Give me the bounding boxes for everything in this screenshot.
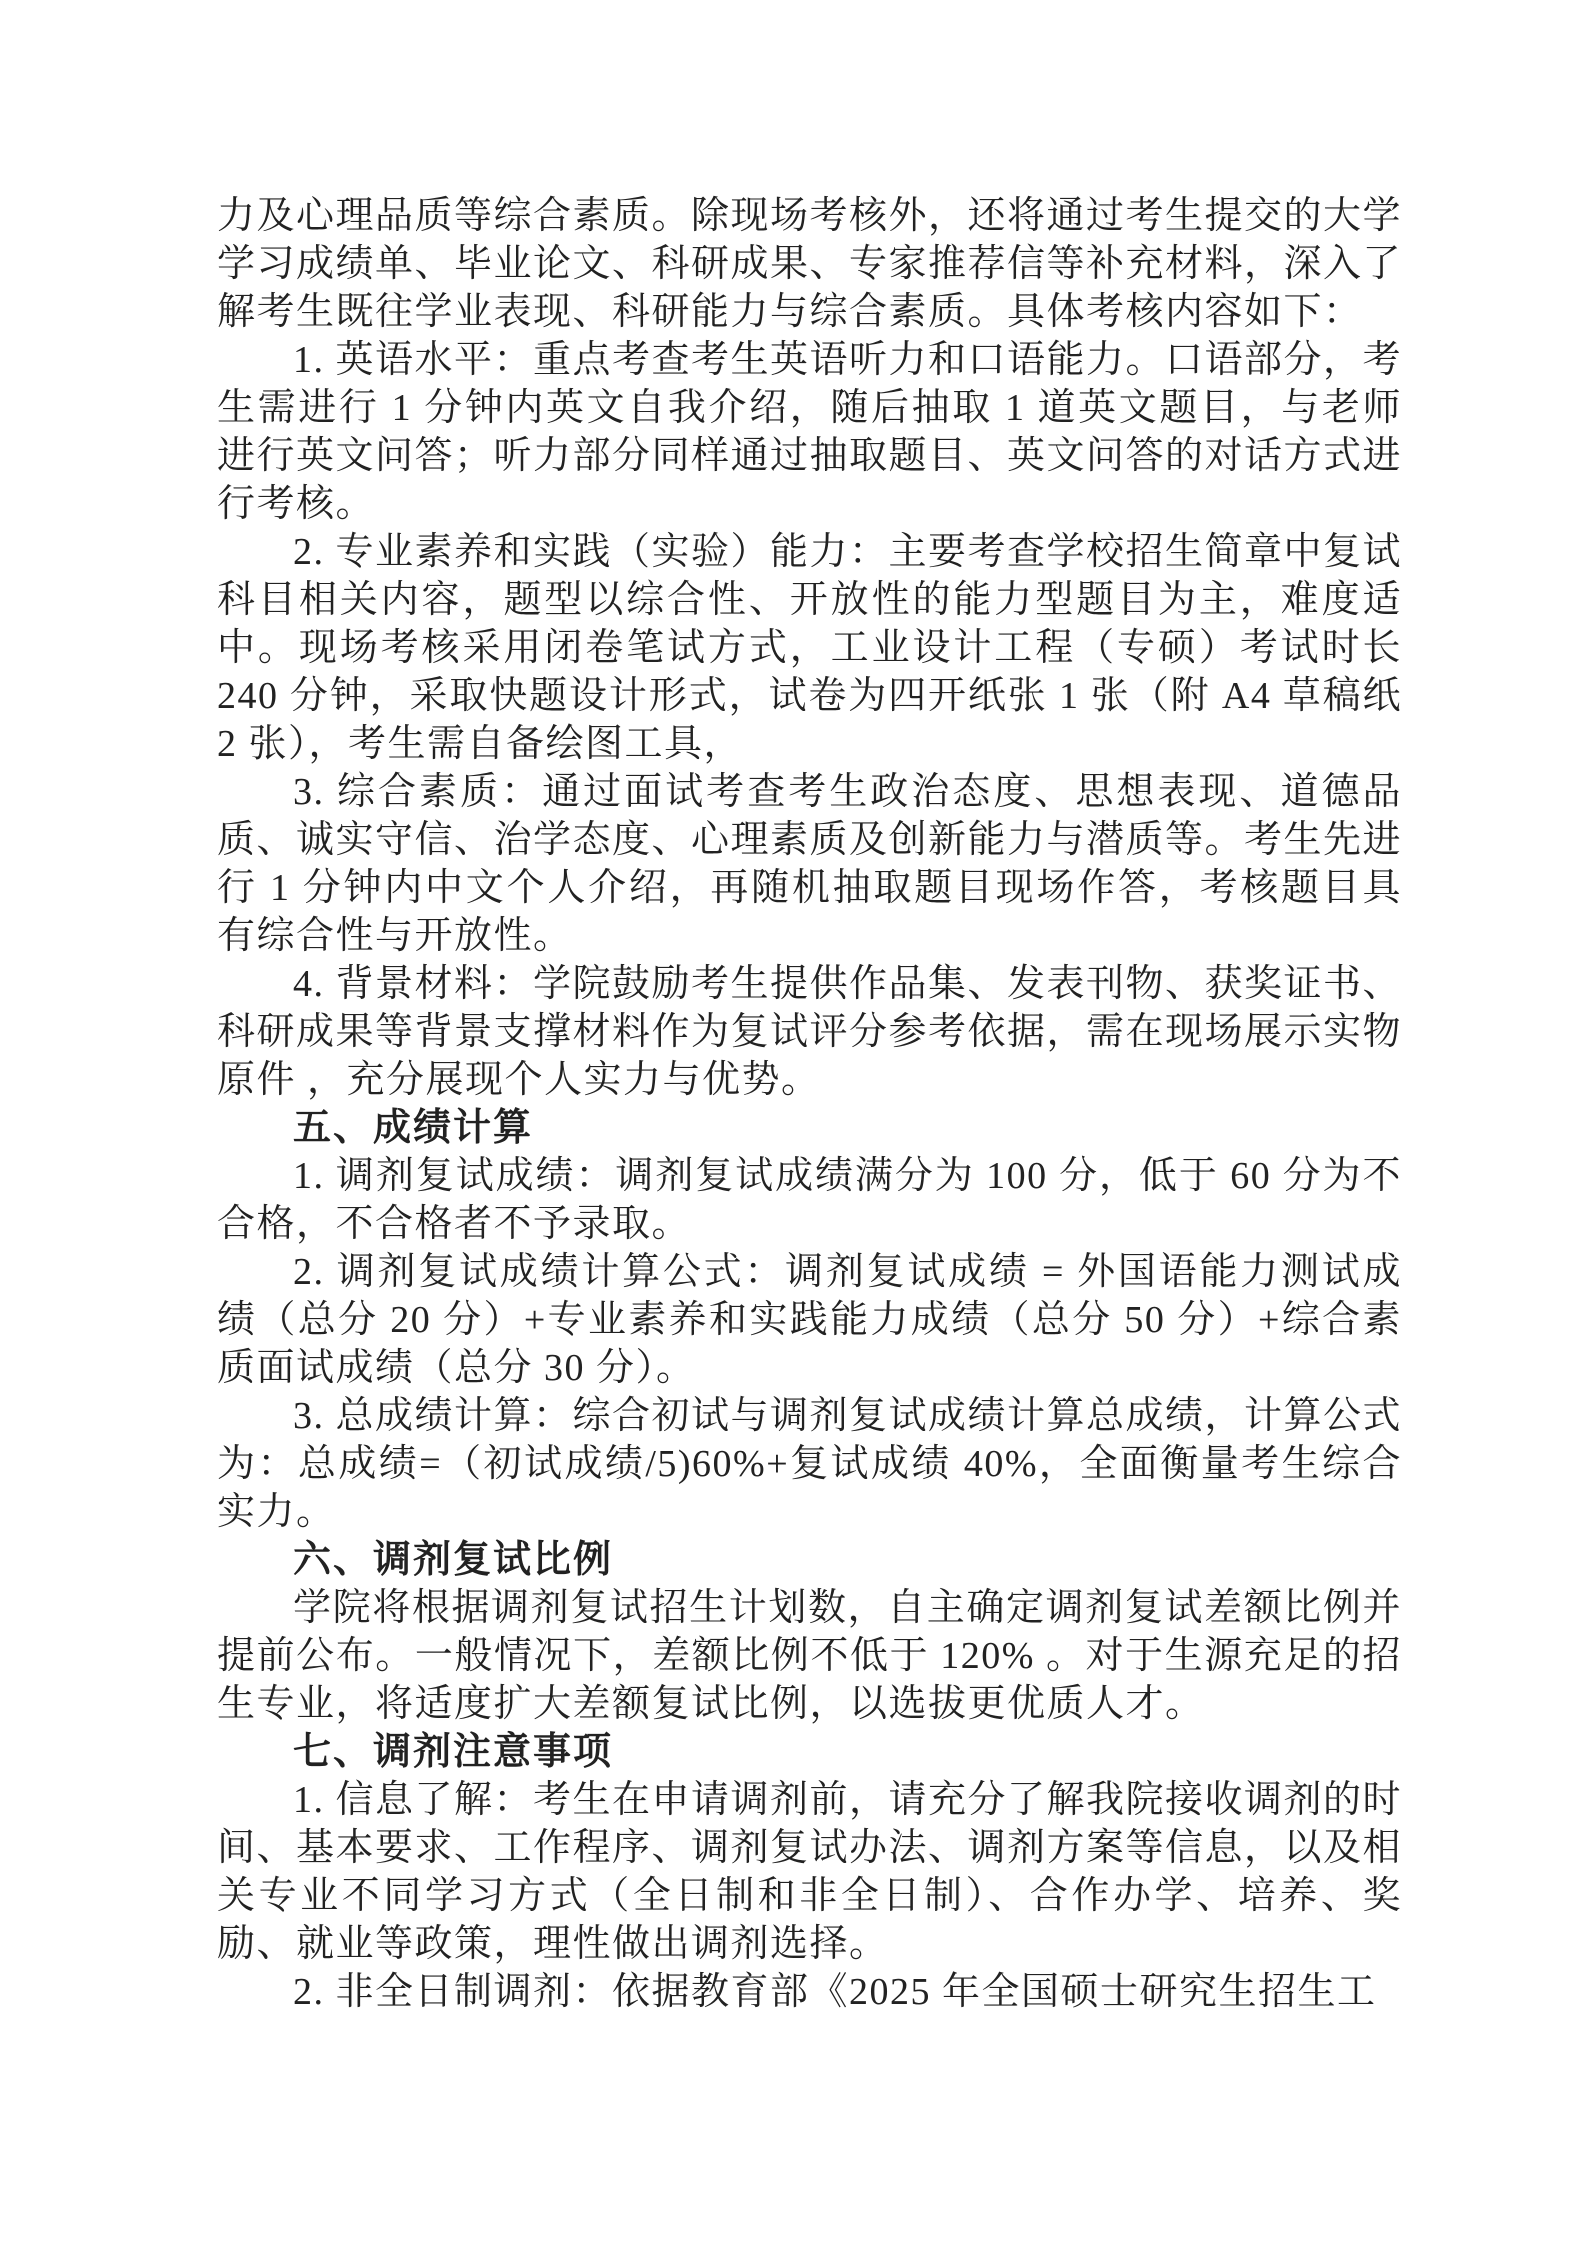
section-heading: 七、调剂注意事项 [217,1728,1402,1776]
paragraph: 4. 背景材料：学院鼓励考生提供作品集、发表刊物、获奖证书、科研成果等背景支撑材… [217,960,1402,1104]
section-heading: 六、调剂复试比例 [217,1536,1402,1584]
document-content: 力及心理品质等综合素质。除现场考核外，还将通过考生提交的大学学习成绩单、毕业论文… [217,192,1402,2016]
section-heading: 五、成绩计算 [217,1104,1402,1152]
paragraph: 2. 非全日制调剂：依据教育部《2025 年全国硕士研究生招生工 [217,1968,1402,2016]
paragraph: 2. 专业素养和实践（实验）能力：主要考查学校招生简章中复试科目相关内容，题型以… [217,528,1402,768]
paragraph: 1. 信息了解：考生在申请调剂前，请充分了解我院接收调剂的时间、基本要求、工作程… [217,1776,1402,1968]
paragraph: 3. 总成绩计算：综合初试与调剂复试成绩计算总成绩，计算公式为：总成绩=（初试成… [217,1392,1402,1536]
paragraph: 1. 调剂复试成绩：调剂复试成绩满分为 100 分，低于 60 分为不合格，不合… [217,1152,1402,1248]
paragraph: 1. 英语水平：重点考查考生英语听力和口语能力。口语部分，考生需进行 1 分钟内… [217,336,1402,528]
paragraph: 2. 调剂复试成绩计算公式：调剂复试成绩 = 外国语能力测试成绩（总分 20 分… [217,1248,1402,1392]
paragraph: 学院将根据调剂复试招生计划数，自主确定调剂复试差额比例并提前公布。一般情况下，差… [217,1584,1402,1728]
paragraph: 3. 综合素质：通过面试考查考生政治态度、思想表现、道德品质、诚实守信、治学态度… [217,768,1402,960]
document-page: 力及心理品质等综合素质。除现场考核外，还将通过考生提交的大学学习成绩单、毕业论文… [0,0,1587,2245]
paragraph: 力及心理品质等综合素质。除现场考核外，还将通过考生提交的大学学习成绩单、毕业论文… [217,192,1402,336]
